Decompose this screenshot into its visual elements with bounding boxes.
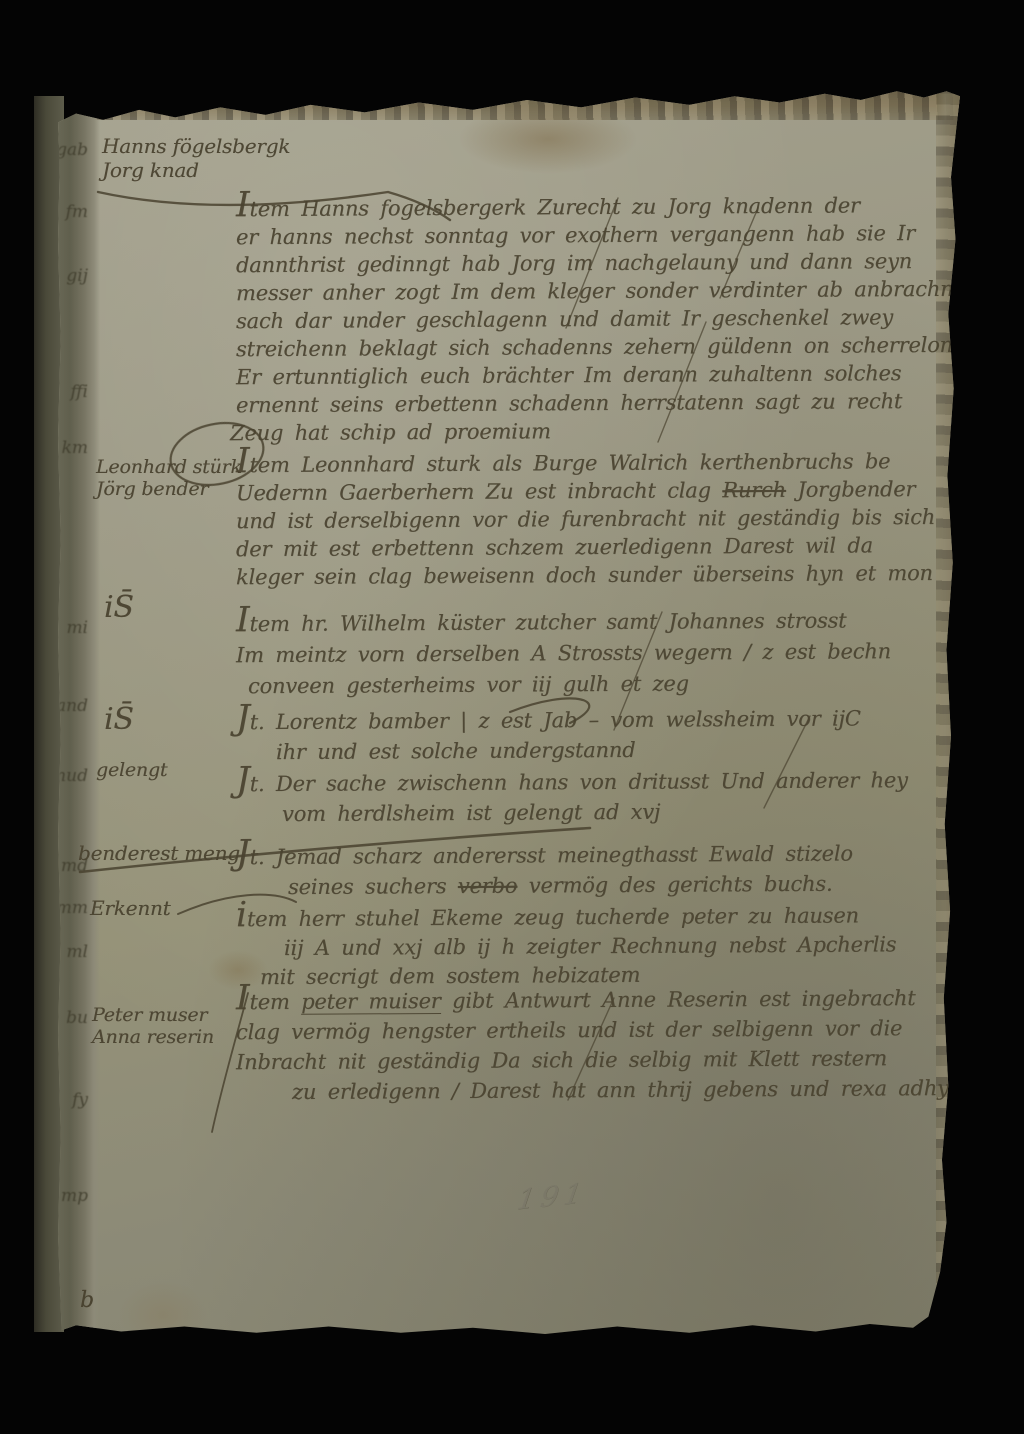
- text-line: iij A und xxj alb ij h zeigter Rechnung …: [284, 930, 956, 963]
- text-line: Item Hanns fogelsbergerk Zurecht zu Jorg…: [236, 189, 956, 223]
- text-line: zu erledigenn / Darest hat ann thrij geb…: [292, 1073, 956, 1107]
- margin-note-line: Hanns fögelsbergk: [102, 134, 290, 158]
- text-line: Item hr. Wilhelm küster zutcher samt Joh…: [236, 604, 956, 640]
- text-line: Zeug hat schip ad proemium: [230, 415, 956, 447]
- stain-mark: [458, 104, 638, 174]
- margin-note-struck: benderest meng: [78, 841, 240, 865]
- stain-mark: [118, 1280, 208, 1350]
- text-line: Item Leonnhard sturk als Burge Walrich k…: [236, 445, 956, 479]
- text-line: Inbracht nit geständig Da sich die selbi…: [236, 1043, 956, 1077]
- text-line: der mit est erbettenn schzem zuerledigen…: [236, 531, 956, 563]
- spine-text-fragment: mp: [58, 1186, 88, 1206]
- spine-text-fragment: ml: [58, 942, 88, 962]
- spine-text-fragment: fy: [58, 1090, 88, 1110]
- struck-word: verbo: [458, 874, 518, 898]
- spine-text-fragment: gab: [58, 140, 88, 160]
- margin-note-parties: Leonhard stürk Jörg bender: [96, 456, 242, 500]
- margin-note-line: Leonhard stürk: [96, 456, 242, 478]
- text-segment: Jorgbender: [786, 477, 915, 502]
- text-line: Im meintz vorn derselben A Strossts wege…: [236, 636, 956, 671]
- margin-note-line: Anna reserin: [92, 1026, 214, 1048]
- text-line: dannthrist gedinngt hab Jorg im nachgela…: [236, 247, 956, 279]
- text-segment: seines suchers: [288, 874, 458, 899]
- text-line: Jt. Der sache zwischenn hans von drituss…: [236, 764, 956, 799]
- spine-text-fragment: mi: [58, 618, 88, 638]
- underlined-name: peter muiser: [301, 989, 441, 1015]
- spine-text-fragment: mm: [58, 898, 88, 918]
- manuscript-page: gab fm gij ffi km mi fand mud md mm ml b…: [58, 90, 960, 1334]
- record-entry: Item Hanns fogelsbergerk Zurecht zu Jorg…: [236, 191, 956, 445]
- margin-note-line: Peter muser: [92, 1004, 214, 1026]
- margin-amount-note: iS̄: [104, 590, 134, 625]
- record-entry: Item peter muiser gibt Antwurt Anne Rese…: [236, 984, 956, 1105]
- text-line: Item peter muiser gibt Antwurt Anne Rese…: [236, 982, 956, 1017]
- text-line: Jt. Jemad scharz anderersst meinegthasst…: [236, 837, 956, 872]
- margin-note-header: Hanns fögelsbergk Jorg knad: [102, 134, 290, 182]
- text-line: ihr und est solche undergstannd: [276, 733, 956, 767]
- text-segment: gibt Antwurt Anne Reserin est ingebracht: [441, 986, 916, 1013]
- struck-word: Rurch: [722, 478, 786, 502]
- folio-number: 191: [515, 1177, 590, 1217]
- spine-text-fragment: gij: [58, 266, 88, 286]
- text-line: und ist derselbigenn vor die furenbracht…: [236, 503, 956, 535]
- record-entry: Jt. Der sache zwischenn hans von drituss…: [236, 766, 956, 827]
- text-line: seines suchers verbo vermög des gerichts…: [288, 868, 956, 902]
- bottom-mark: b: [80, 1288, 94, 1313]
- text-line: ernennt seins erbettenn schadenn herrsta…: [236, 387, 956, 419]
- text-segment: Uedernn Gaerberhern Zu est inbracht clag: [236, 478, 722, 505]
- text-line: sach dar under geschlagenn und damit Ir …: [236, 303, 956, 335]
- margin-amount-note: iS̄: [104, 702, 134, 737]
- record-entry: Item hr. Wilhelm küster zutcher samt Joh…: [236, 606, 956, 700]
- text-line: clag vermög hengster ertheils und ist de…: [236, 1013, 956, 1047]
- gutter-spine-strip: gab fm gij ffi km mi fand mud md mm ml b…: [58, 90, 100, 1334]
- manuscript-photo: gab fm gij ffi km mi fand mud md mm ml b…: [0, 0, 1024, 1434]
- margin-note-line: Jörg bender: [96, 478, 242, 500]
- margin-note-line: Jorg knad: [102, 158, 290, 182]
- text-line: conveen gesterheims vor iij gulh et zeg: [248, 667, 956, 702]
- text-line: streichenn beklagt sich schadenns zehern…: [236, 331, 956, 363]
- spine-text-fragment: mud: [58, 766, 88, 786]
- text-line: Er ertunntiglich euch brächter Im derann…: [236, 359, 956, 391]
- record-entry: item herr stuhel Ekeme zeug tucherde pet…: [236, 901, 956, 990]
- record-entry: Jt. Jemad scharz anderersst meinegthasst…: [236, 839, 956, 900]
- text-line: Uedernn Gaerberhern Zu est inbracht clag…: [236, 475, 956, 507]
- spine-text-fragment: fand: [58, 696, 88, 716]
- record-entry: Jt. Lorentz bamber | z est Jab – vom wel…: [236, 704, 956, 765]
- record-entry: Item Leonnhard sturk als Burge Walrich k…: [236, 447, 956, 589]
- text-segment: Item: [236, 990, 301, 1014]
- spine-text-fragment: km: [58, 438, 88, 458]
- spine-text-fragment: bu: [58, 1008, 88, 1028]
- spine-text-fragment: fm: [58, 202, 88, 222]
- text-line: Jt. Lorentz bamber | z est Jab – vom wel…: [236, 702, 956, 737]
- margin-note-gelengt: gelengt: [96, 759, 167, 781]
- margin-note-parties: Peter muser Anna reserin: [92, 1004, 214, 1048]
- text-segment: vermög des gerichts buchs.: [517, 872, 832, 898]
- margin-note-erkennt: Erkennt: [90, 896, 171, 920]
- text-line: messer anher zogt Im dem kleger sonder v…: [236, 275, 956, 307]
- text-line: kleger sein clag beweisenn doch sunder ü…: [236, 559, 956, 591]
- text-line: item herr stuhel Ekeme zeug tucherde pet…: [236, 899, 956, 934]
- spine-text-fragment: ffi: [58, 382, 88, 402]
- text-line: vom herdlsheim ist gelengt ad xvj: [282, 795, 956, 829]
- text-line: er hanns nechst sonntag vor exothern ver…: [236, 219, 956, 251]
